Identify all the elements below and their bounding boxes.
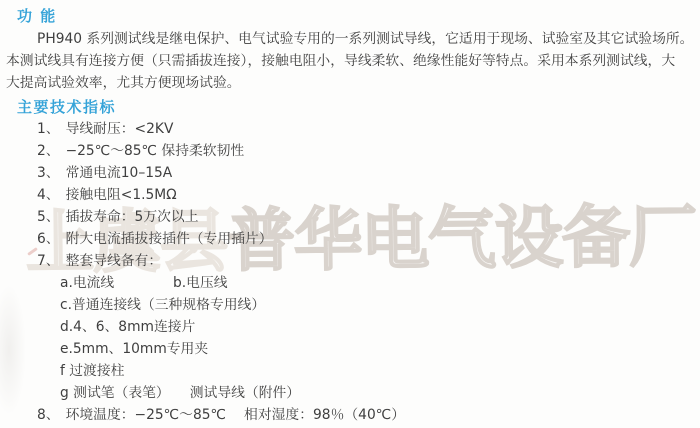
spec-item-5: 5、插拔寿命：5万次以上 <box>37 206 700 228</box>
item-text-temperature: 环境温度：−25℃～85℃ <box>66 407 226 423</box>
item-text: 附大电流插拔接插件（专用插片） <box>66 231 273 247</box>
item-text: 常通电流10–15A <box>66 165 173 181</box>
accessory-g2: 测试导线（附件） <box>190 385 300 401</box>
item-number: 8、 <box>37 404 60 426</box>
item-number: 4、 <box>37 184 60 206</box>
accessory-row-f: f 过渡接柱 <box>37 360 700 382</box>
item-number: 5、 <box>37 206 60 228</box>
accessory-g1: g 测试笔（表笔） <box>60 385 170 401</box>
item-number: 1、 <box>37 118 60 140</box>
accessory-row-g: g 测试笔（表笔）测试导线（附件） <box>37 382 700 404</box>
accessory-row-e: e.5mm、10mm专用夹 <box>37 338 700 360</box>
item-number: 2、 <box>37 140 60 162</box>
spec-item-7: 7、整套导线备有： <box>37 250 700 272</box>
spec-item-3: 3、常通电流10–15A <box>37 162 700 184</box>
accessory-row-d: d.4、6、8mm连接片 <box>37 316 700 338</box>
item-text: 插拔寿命：5万次以上 <box>66 209 199 225</box>
item-text-humidity: 相对湿度：98％（40℃） <box>244 407 405 423</box>
accessory-a: a.电流线 <box>60 272 173 294</box>
item-text: −25℃～85℃ 保持柔软韧性 <box>66 143 245 159</box>
accessory-row-ab: a.电流线b.电压线 <box>37 272 700 294</box>
spec-item-2: 2、−25℃～85℃ 保持柔软韧性 <box>37 140 700 162</box>
spec-item-6: 6、附大电流插拔接插件（专用插片） <box>37 228 700 250</box>
specs-section-heading: 主要技术指标 <box>0 97 700 117</box>
spec-item-4: 4、接触电阻<1.5MΩ <box>37 184 700 206</box>
function-paragraph: PH940 系列测试线是继电保护、电气试验专用的一系列测试导线，它适用于现场、试… <box>6 28 694 94</box>
item-number: 3、 <box>37 162 60 184</box>
item-number: 7、 <box>37 250 60 272</box>
item-text: 整套导线备有： <box>66 253 163 269</box>
function-section-heading: 功 能 <box>0 6 700 26</box>
accessory-row-c: c.普通连接线（三种规格专用线） <box>37 294 700 316</box>
item-number: 6、 <box>37 228 60 250</box>
paragraph-line-3: 大提高试验效率，尤其方便现场试验。 <box>6 72 694 94</box>
item-text: 导线耐压：<2KV <box>66 121 174 137</box>
item-text: 接触电阻<1.5MΩ <box>66 187 177 203</box>
paragraph-line-2: 本测试线具有连接方便（只需插拔连接），接触电阻小，导线柔软、绝缘性能好等特点。采… <box>6 50 694 72</box>
scanned-document-page: 上虞县普华电气设备厂 功 能 PH940 系列测试线是继电保护、电气试验专用的一… <box>0 0 700 428</box>
spec-item-8: 8、环境温度：−25℃～85℃相对湿度：98％（40℃） <box>37 404 700 426</box>
document-content: 功 能 PH940 系列测试线是继电保护、电气试验专用的一系列测试导线，它适用于… <box>0 6 700 426</box>
paragraph-line-1: PH940 系列测试线是继电保护、电气试验专用的一系列测试导线，它适用于现场、试… <box>6 28 694 50</box>
spec-item-1: 1、导线耐压：<2KV <box>37 118 700 140</box>
accessory-b: b.电压线 <box>173 275 228 291</box>
spec-list: 1、导线耐压：<2KV 2、−25℃～85℃ 保持柔软韧性 3、常通电流10–1… <box>37 118 700 426</box>
